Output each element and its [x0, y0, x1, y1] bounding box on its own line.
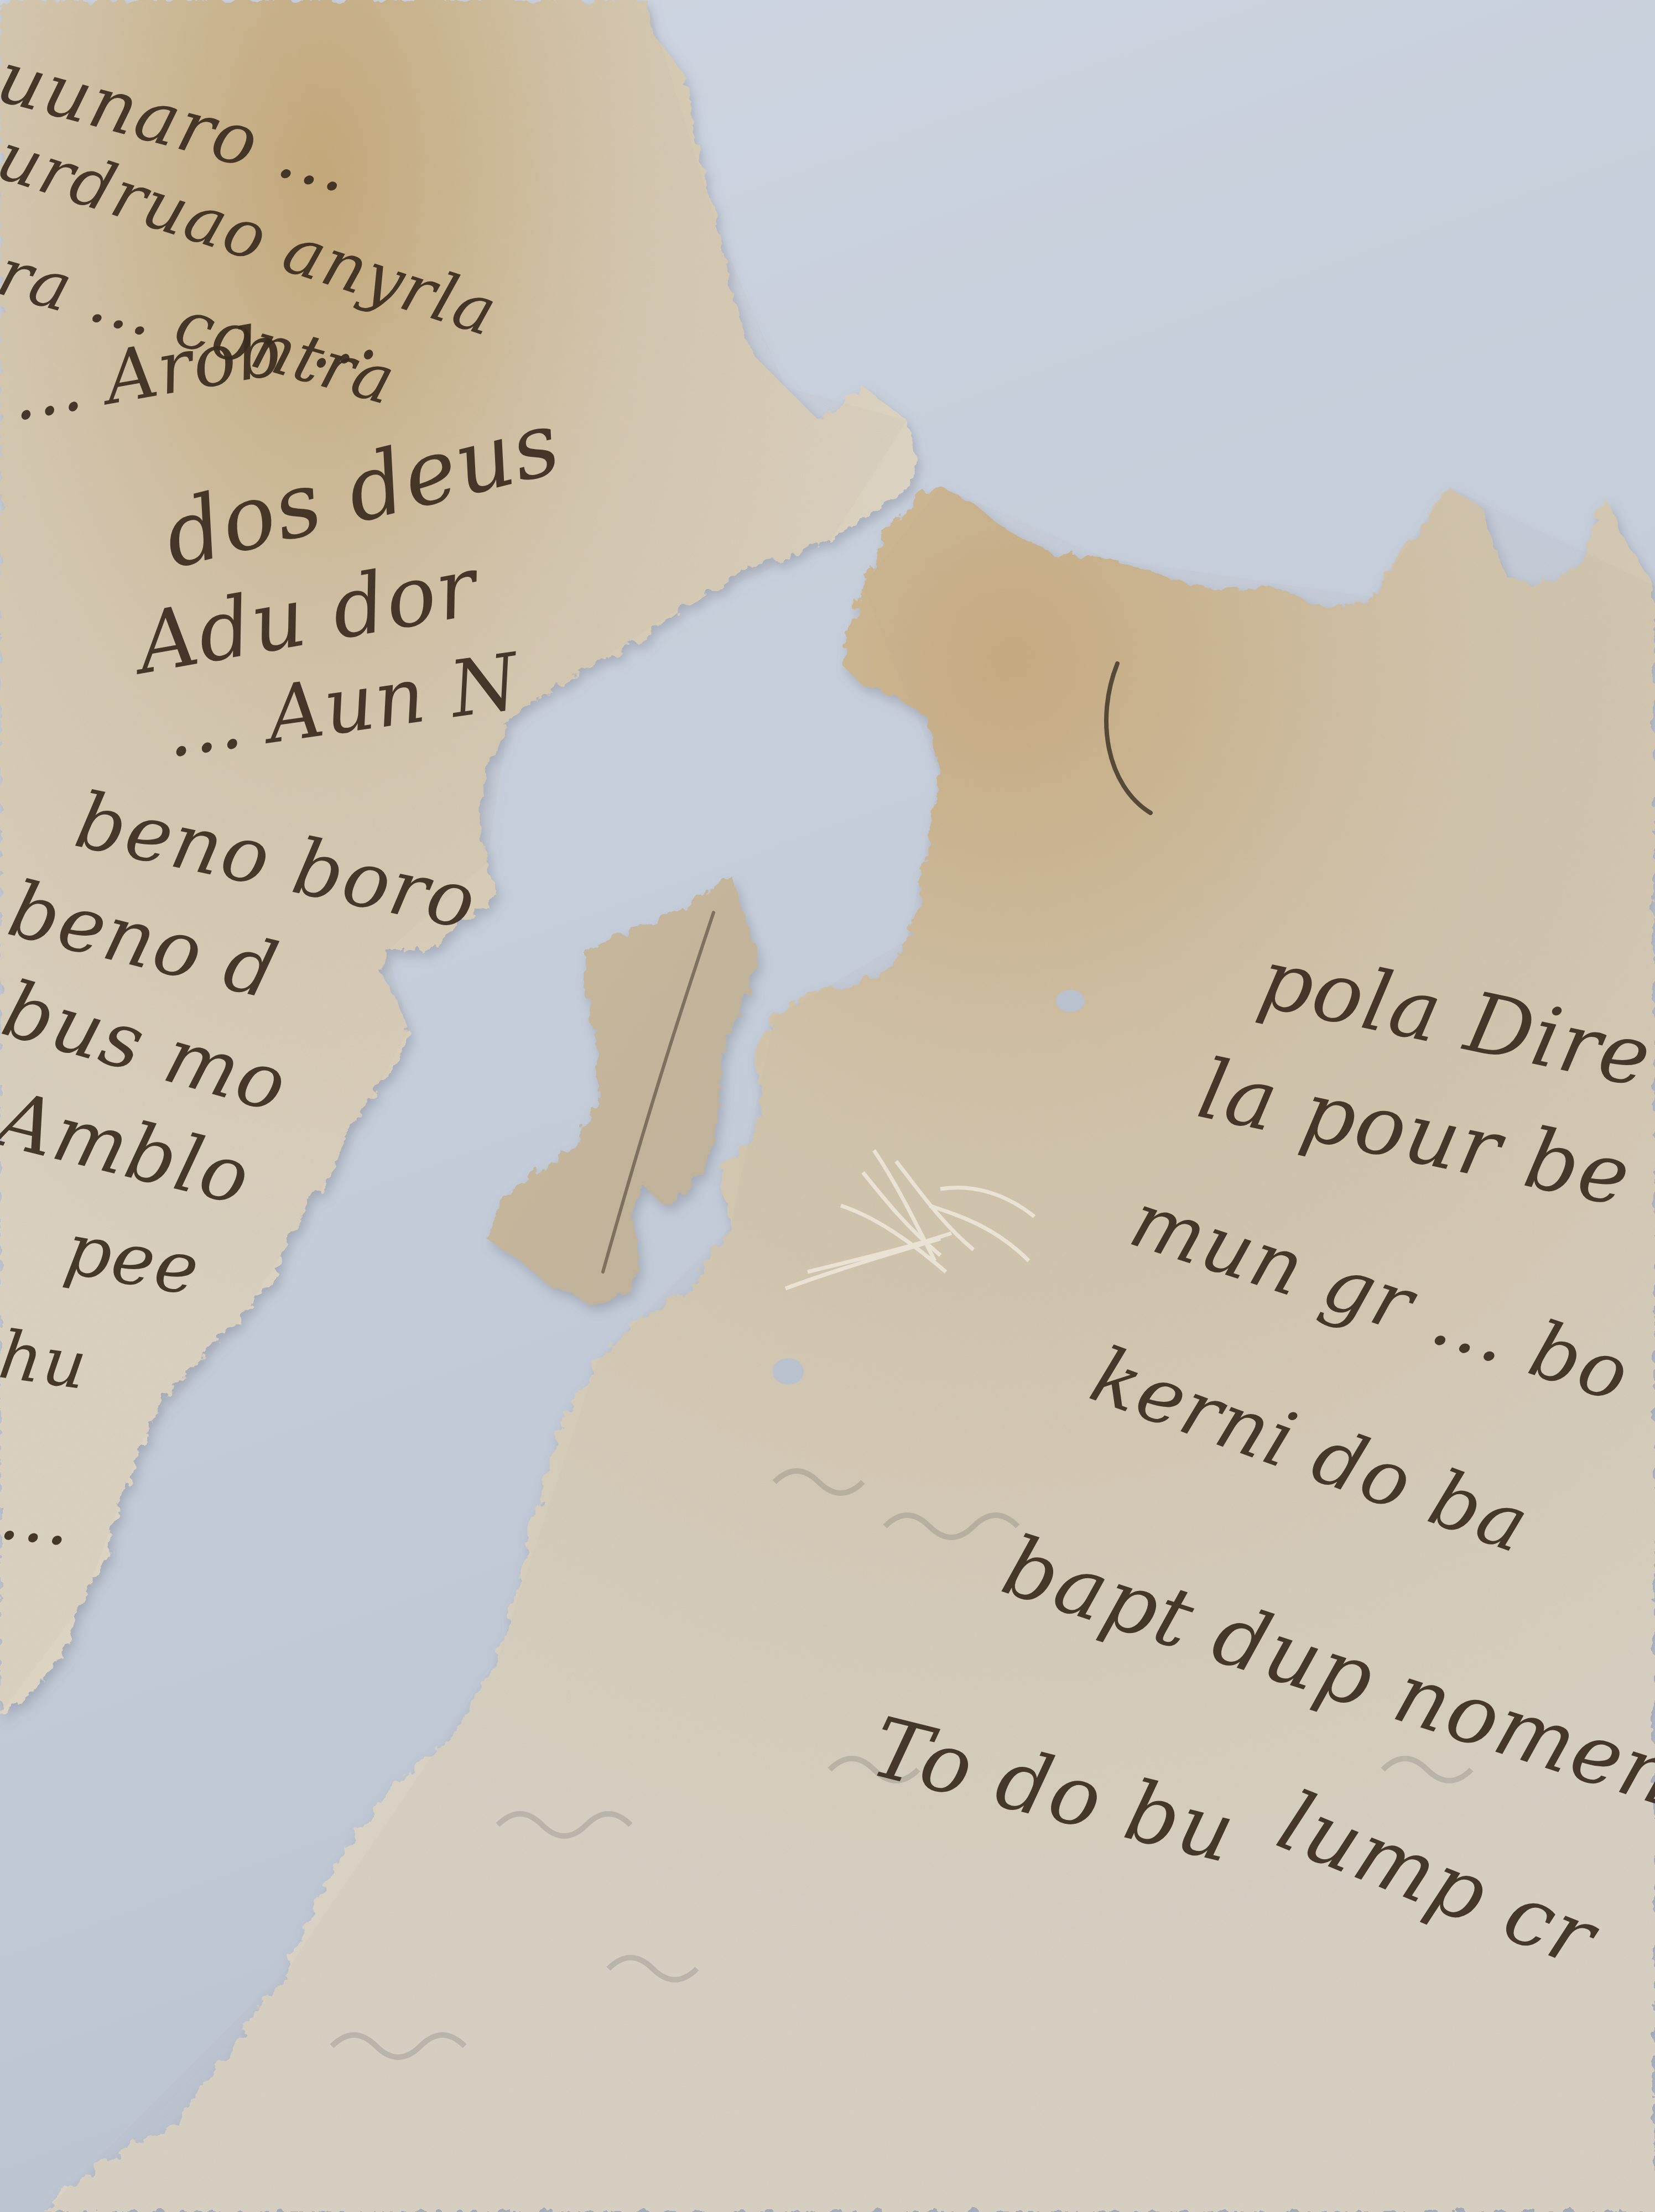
center-fragment	[487, 874, 758, 1305]
text-line: ...	[0, 1471, 76, 1562]
manuscript-photo: uunaro ... urdruao anyrla ra ... contra …	[0, 0, 1655, 2212]
worm-hole	[1056, 990, 1085, 1012]
text-line: hu	[0, 1317, 92, 1405]
worm-hole	[773, 1358, 804, 1385]
